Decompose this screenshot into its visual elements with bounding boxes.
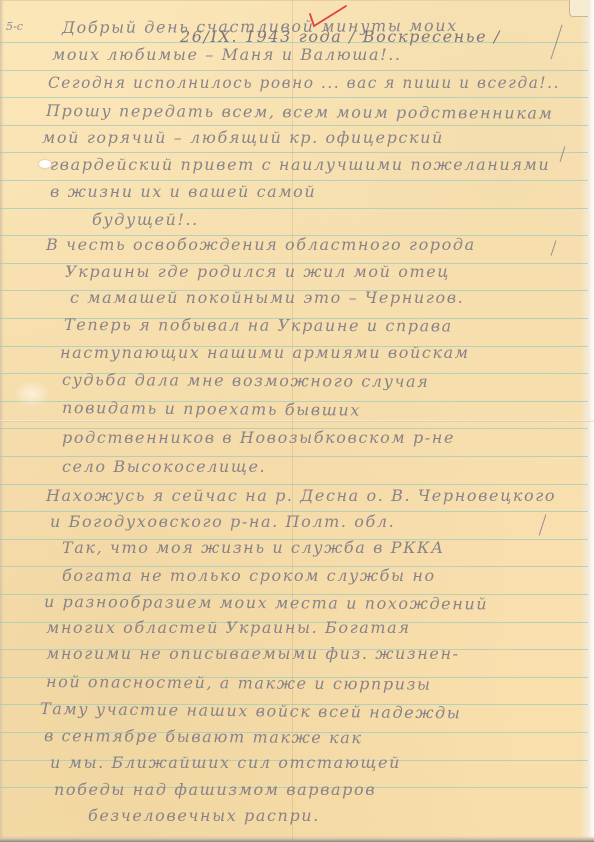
handwritten-line: гвардейский привет с наилучшими пожелани… xyxy=(50,155,550,174)
paper-edge-bottom xyxy=(0,836,594,842)
handwritten-line: Добрый день счастливой минуты моих xyxy=(62,16,458,37)
handwritten-line: Прошу передать всем, всем моим родственн… xyxy=(46,101,553,123)
corner-fold xyxy=(569,0,588,17)
handwritten-line: Таму участие наших войск всей надежды xyxy=(40,699,462,722)
handwritten-line: многими не описываемыми физ. жизнен- xyxy=(46,644,460,663)
letter-page: 5-с 26/IX. 1943 года / Воскресенье / Доб… xyxy=(0,0,594,842)
margin-stroke xyxy=(539,514,547,535)
ruled-line xyxy=(0,484,588,485)
fold-crease-horizontal xyxy=(0,420,594,422)
handwritten-line: с мамашей покойными это – Чернигов. xyxy=(70,288,464,307)
handwritten-line: победы над фашизмом варваров xyxy=(54,780,376,799)
ruled-line xyxy=(0,152,588,153)
handwritten-line: родственников в Новозыбковском р-не xyxy=(62,428,455,447)
ruled-line xyxy=(0,97,588,98)
handwritten-line: наступающих нашими армиями войскам xyxy=(60,343,470,362)
handwritten-line: в сентябре бывают также как xyxy=(44,726,363,747)
handwritten-line: безчеловечных распри. xyxy=(88,806,320,825)
handwritten-line: судьба дала мне возможного случая xyxy=(62,370,429,391)
handwritten-line: мой горячий – любящий кр. офицерский xyxy=(42,128,444,147)
handwritten-line: многих областей Украины. Богатая xyxy=(46,618,411,637)
handwritten-line: богата не только сроком службы но xyxy=(62,566,436,585)
paper-tear xyxy=(14,380,50,408)
handwritten-line: В честь освобождения областного города xyxy=(46,235,476,254)
handwritten-line: Теперь я побывал на Украине и справа xyxy=(64,315,453,335)
handwritten-line: моих любимые – Маня и Валюша!.. xyxy=(52,45,402,64)
corner-note: 5-с xyxy=(6,20,23,33)
handwritten-line: Сегодня исполнилось ровно ... вас я пиши… xyxy=(48,73,560,92)
margin-stroke xyxy=(551,240,557,256)
handwritten-line: Так, что моя жизнь и служба в РККА xyxy=(62,538,445,557)
handwritten-line: и Богодуховского р-на. Полт. обл. xyxy=(50,512,395,531)
handwritten-line: ной опасностей, а также и сюрпризы xyxy=(46,672,432,694)
ruled-line xyxy=(0,125,588,126)
ruled-line xyxy=(0,70,588,71)
handwritten-line: село Высокоселище. xyxy=(62,457,266,476)
handwritten-line: в жизни их и вашей самой xyxy=(50,182,316,201)
margin-stroke xyxy=(560,146,566,162)
ruled-line xyxy=(0,208,588,209)
handwritten-line: будущей!.. xyxy=(92,210,199,229)
handwritten-line: повидать и проехать бывших xyxy=(62,398,361,420)
handwritten-line: и мы. Ближайших сил отстающей xyxy=(50,753,401,772)
ruled-line xyxy=(0,180,588,181)
handwritten-line: Украины где родился и жил мой отец xyxy=(65,262,450,281)
handwritten-line: и разнообразием моих места и похождений xyxy=(44,592,488,613)
handwritten-line: Нахожусь я сейчас на р. Десна о. В. Черн… xyxy=(46,486,556,505)
